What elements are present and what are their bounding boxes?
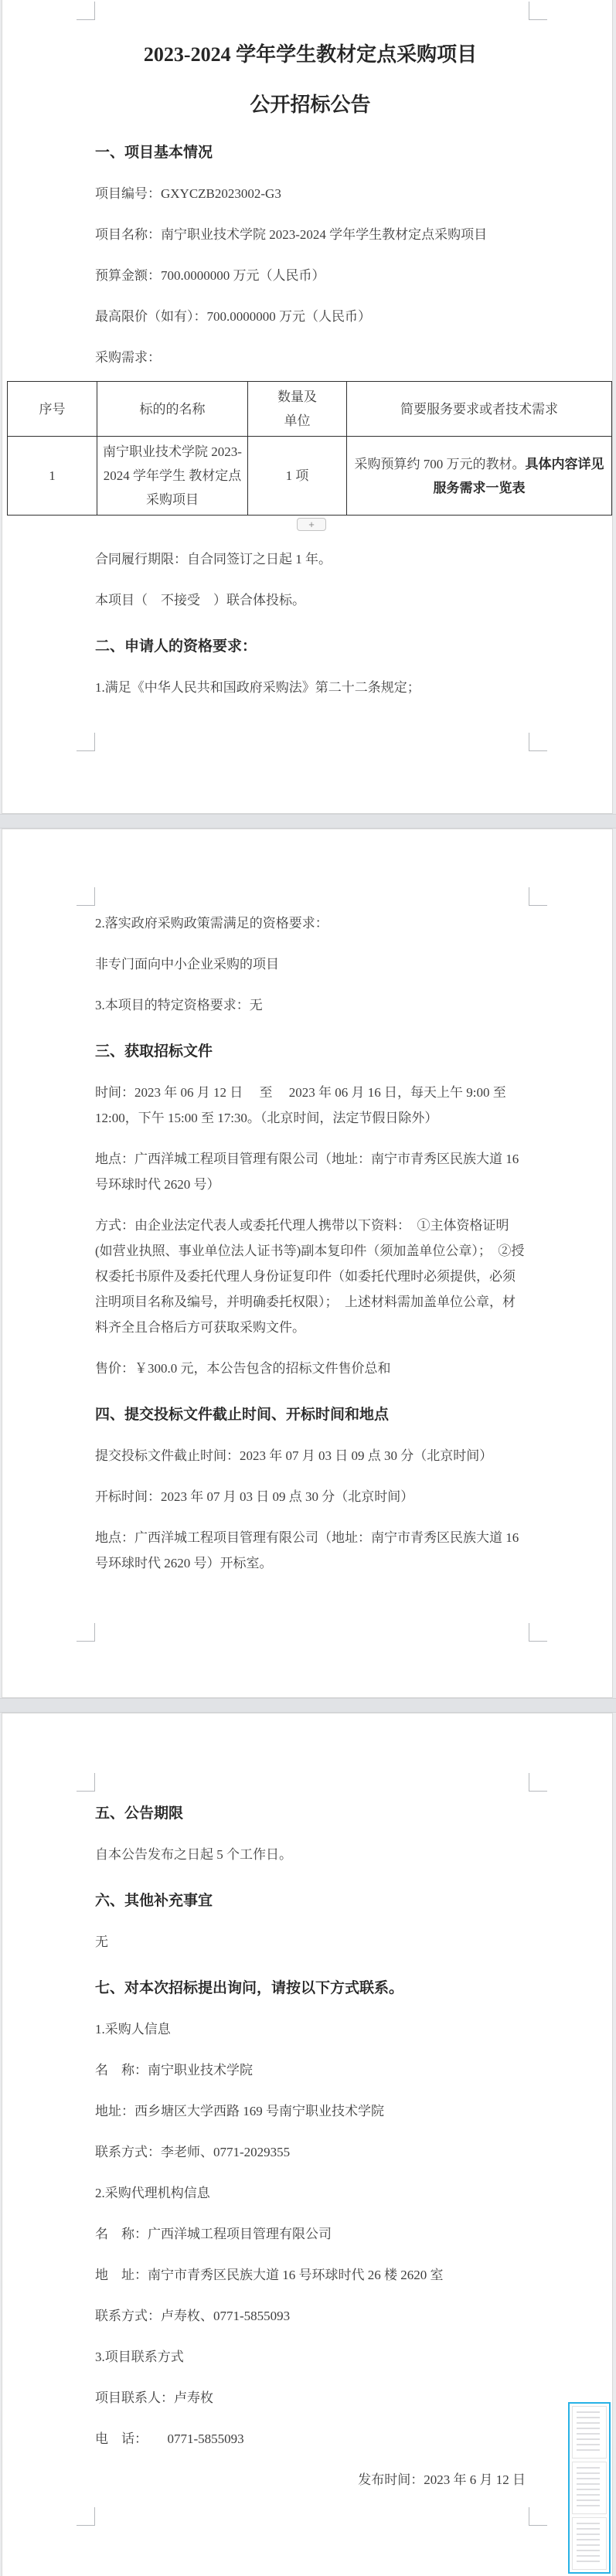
- buyer-info-title: 1.采购人信息: [95, 2016, 526, 2042]
- page-2: 2.落实政府采购政策需满足的资格要求： 非专门面向中小企业采购的项目 3.本项目…: [2, 829, 613, 1698]
- section-heading-4: 四、提交投标文件截止时间、开标时间和地点: [95, 1402, 526, 1428]
- buyer-name: 名 称：南宁职业技术学院: [95, 2057, 526, 2083]
- qualification-2: 2.落实政府采购政策需满足的资格要求：: [95, 910, 526, 936]
- page-1: 2023-2024 学年学生教材定点采购项目 公开招标公告 一、项目基本情况 项…: [2, 0, 613, 814]
- thumbnail-navigator[interactable]: [568, 2402, 611, 2574]
- cell-requirement: 采购预算约 700 万元的教材。具体内容详见服务需求一览表: [347, 437, 612, 516]
- notice-period: 自本公告发布之日起 5 个工作日。: [95, 1842, 526, 1867]
- bid-open-place: 地点：广西洋城工程项目管理有限公司（地址：南宁市青秀区民族大道 16 号环球时代…: [95, 1525, 526, 1576]
- project-number: 项目编号：GXYCZB2023002-G3: [95, 181, 526, 206]
- contract-period: 合同履行期限：自合同签订之日起 1 年。: [95, 546, 526, 572]
- section-heading-2: 二、申请人的资格要求：: [95, 634, 526, 659]
- obtain-place: 地点：广西洋城工程项目管理有限公司（地址：南宁市青秀区民族大道 16 号环球时代…: [95, 1146, 526, 1197]
- buyer-contact: 联系方式：李老师、0771-2029355: [95, 2139, 526, 2165]
- agent-name: 名 称：广西洋城工程项目管理有限公司: [95, 2221, 526, 2247]
- buyer-address: 地址：西乡塘区大学西路 169 号南宁职业技术学院: [95, 2098, 526, 2124]
- joint-bid-note: 本项目（ 不接受 ）联合体投标。: [95, 587, 526, 613]
- col-header-requirement: 简要服务要求或者技术需求: [347, 382, 612, 437]
- qualification-1: 1.满足《中华人民共和国政府采购法》第二十二条规定；: [95, 675, 526, 700]
- agent-contact: 联系方式：卢寿枚、0771-5855093: [95, 2303, 526, 2329]
- thumbnail-text-lines: [577, 2523, 600, 2565]
- col-header-name: 标的的名称: [97, 382, 248, 437]
- page-thumbnail[interactable]: [572, 2517, 607, 2570]
- agent-info-title: 2.采购代理机构信息: [95, 2180, 526, 2206]
- demand-label: 采购需求：: [95, 345, 526, 370]
- page-thumbnail[interactable]: [572, 2462, 607, 2514]
- col-header-no: 序号: [8, 382, 97, 437]
- project-contact-phone: 电 话： 0771-5855093: [95, 2426, 526, 2452]
- project-contact-title: 3.项目联系方式: [95, 2344, 526, 2370]
- project-name: 项目名称：南宁职业技术学院 2023-2024 学年学生教材定点采购项目: [95, 222, 526, 247]
- publish-date: 发布时间：2023 年 6 月 12 日: [95, 2467, 526, 2493]
- doc-title-line1: 2023-2024 学年学生教材定点采购项目: [95, 0, 526, 69]
- thumbnail-text-lines: [577, 2467, 600, 2510]
- document-workspace: 2023-2024 学年学生教材定点采购项目 公开招标公告 一、项目基本情况 项…: [0, 0, 616, 2576]
- supplement-none: 无: [95, 1929, 526, 1955]
- section-heading-3: 三、获取招标文件: [95, 1039, 526, 1064]
- section-heading-7: 七、对本次招标提出询问，请按以下方式联系。: [95, 1975, 526, 2001]
- bid-deadline: 提交投标文件截止时间：2023 年 07 月 03 日 09 点 30 分（北京…: [95, 1443, 526, 1468]
- cell-name: 南宁职业技术学院 2023-2024 学年学生 教材定点采购项目: [97, 437, 248, 516]
- cell-qty: 1 项: [248, 437, 347, 516]
- cell-no: 1: [8, 437, 97, 516]
- page-3: 五、公告期限 自本公告发布之日起 5 个工作日。 六、其他补充事宜 无 七、对本…: [2, 1713, 613, 2576]
- add-table-row-button[interactable]: +: [297, 518, 326, 531]
- page-gap: [0, 1698, 616, 1713]
- obtain-method: 方式：由企业法定代表人或委托代理人携带以下资料： ①主体资格证明(如营业执照、事…: [95, 1213, 526, 1340]
- bid-open-time: 开标时间：2023 年 07 月 03 日 09 点 30 分（北京时间）: [95, 1484, 526, 1509]
- agent-address: 地 址：南宁市青秀区民族大道 16 号环球时代 26 楼 2620 室: [95, 2262, 526, 2288]
- page-gap: [0, 814, 616, 829]
- max-price: 最高限价（如有）：700.0000000 万元（人民币）: [95, 304, 526, 329]
- thumbnail-text-lines: [577, 2411, 600, 2454]
- qualification-3: 3.本项目的特定资格要求：无: [95, 992, 526, 1018]
- table-header-row: 序号 标的的名称 数量及单位 简要服务要求或者技术需求: [8, 382, 612, 437]
- budget-amount: 预算金额：700.0000000 万元（人民币）: [95, 263, 526, 288]
- doc-title-line2: 公开招标公告: [95, 91, 526, 119]
- page-thumbnail[interactable]: [572, 2406, 607, 2459]
- project-contact-person: 项目联系人：卢寿枚: [95, 2385, 526, 2411]
- table-data-row: 1 南宁职业技术学院 2023-2024 学年学生 教材定点采购项目 1 项 采…: [8, 437, 612, 516]
- section-heading-6: 六、其他补充事宜: [95, 1888, 526, 1914]
- procurement-table: 序号 标的的名称 数量及单位 简要服务要求或者技术需求 1 南宁职业技术学院 2…: [7, 381, 612, 516]
- col-header-qty: 数量及单位: [248, 382, 347, 437]
- qualification-2-detail: 非专门面向中小企业采购的项目: [95, 951, 526, 977]
- section-heading-1: 一、项目基本情况: [95, 140, 526, 165]
- section-heading-5: 五、公告期限: [95, 1801, 526, 1826]
- obtain-time: 时间：2023 年 06 月 12 日 至 2023 年 06 月 16 日，每…: [95, 1080, 526, 1131]
- document-price: 售价：￥300.0 元，本公告包含的招标文件售价总和: [95, 1356, 526, 1381]
